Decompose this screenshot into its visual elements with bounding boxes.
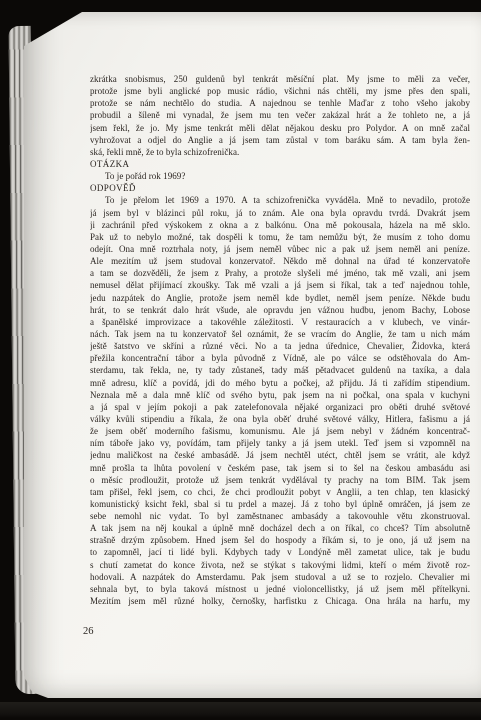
text-line: odejít. Ona mně roztrhala noty, já jsem … — [90, 243, 470, 255]
section-heading: OTÁZKA — [90, 158, 470, 170]
text-line: zkrátka snobismus, 250 guldenů byl tenkr… — [90, 73, 470, 85]
text-line: komunistický ksicht řekl, sbal si tu prd… — [90, 498, 470, 510]
text-line: že jsem oběť moderního fašismu, komunism… — [90, 425, 470, 437]
text-line: To je přelom let 1969 a 1970. A ta schiz… — [90, 194, 470, 206]
text-line: ji zachránil před výskokem z okna a z ba… — [90, 219, 470, 231]
text-line: probudil a šíleně mi vynadal, že jsem mu… — [90, 109, 470, 121]
text-line: sterdamu, tak řekla, ne, ty tady zůstane… — [90, 364, 470, 376]
text-line: války kvůli stipendiu a říkala, že ona b… — [90, 413, 470, 425]
section-heading: ODPOVĚĎ — [90, 182, 470, 194]
text-line: tam přišel, řekl jsem, co chci, že chci … — [90, 486, 470, 498]
text-line: Mezitím jsem měl různé holky, černošky, … — [90, 595, 470, 607]
text-line: jednu maličkost na české ambasádě. Já js… — [90, 449, 470, 461]
text-line: Neznala mě a dala mně klíč od svého bytu… — [90, 389, 470, 401]
text-line: o měsíc prodloužit, protože už jsem tenk… — [90, 474, 470, 486]
text-line: nemusel dělat přijímací zkoušky. Tak mě … — [90, 279, 470, 291]
text-line: to zapomněl, jací ti lidé byli. Kdybych … — [90, 546, 470, 558]
text-line: já jsem byl v blázinci půl roku, já to z… — [90, 207, 470, 219]
text-line: jsem řekl, že jo. My jsme tenkrát měli d… — [90, 122, 470, 134]
text-line: jedu nazpátek do Anglie, protože jsem ne… — [90, 292, 470, 304]
text-line: sebe nemohl nic vydat. To byl zaměstnane… — [90, 510, 470, 522]
text-line: strašně drzým způsobem. Hned jsem šel do… — [90, 534, 470, 546]
text-line: přežila koncentrační tábor a byla původn… — [90, 352, 470, 364]
text-line: Ale mezitím už jsem studoval konzervatoř… — [90, 255, 470, 267]
text-line: hodovali. A nazpátek do Amsterdamu. Pak … — [90, 571, 470, 583]
text-line: nách. Tak jsem na tu konzervatoř šel ozn… — [90, 328, 470, 340]
text-line: ská, řekli mně, že to byla schizofreničk… — [90, 146, 470, 158]
text-line: ještě šatstvo ve skříni a různé věci. No… — [90, 340, 470, 352]
text-line: protože se nám nechtělo do studia. A naj… — [90, 97, 470, 109]
text-block: zkrátka snobismus, 250 guldenů byl tenkr… — [90, 73, 470, 607]
text-line: Pak už to nebylo možné, tak dospěli k to… — [90, 231, 470, 243]
page-number: 26 — [83, 626, 94, 637]
text-line: protože jsme byli anglické pop music rád… — [90, 85, 470, 97]
text-line: hrát, to se tenkrát dalo hrát všude, ale… — [90, 304, 470, 316]
text-line: vyhrožovat a odjel do Anglie a já jsem t… — [90, 134, 470, 146]
text-line: ním táboře jako vy, povídám, tam přijely… — [90, 437, 470, 449]
text-line: mně prošla ta lhůta povolení v českém pa… — [90, 462, 470, 474]
text-line: A tak jsem na něj koukal a úplně mně doc… — [90, 522, 470, 534]
text-line: s chutí zametat do konce života, než se … — [90, 559, 470, 571]
text-line: sehnala byt, to byla taková místnost u j… — [90, 583, 470, 595]
book-cover-edge — [0, 702, 481, 718]
book-page: zkrátka snobismus, 250 guldenů byl tenkr… — [24, 12, 481, 698]
scanned-book-photo: zkrátka snobismus, 250 guldenů byl tenkr… — [0, 0, 481, 720]
text-line: a já spal v jejím pokoji a pak zatelefon… — [90, 401, 470, 413]
text-line: To je pořád rok 1969? — [90, 170, 470, 182]
text-line: a španělské improvizace a takovéhle zále… — [90, 316, 470, 328]
text-line: mně adresu, klíč a povídá, jdi do mého b… — [90, 377, 470, 389]
text-line: a tam se dozvěděli, že jsem z Prahy, a p… — [90, 267, 470, 279]
